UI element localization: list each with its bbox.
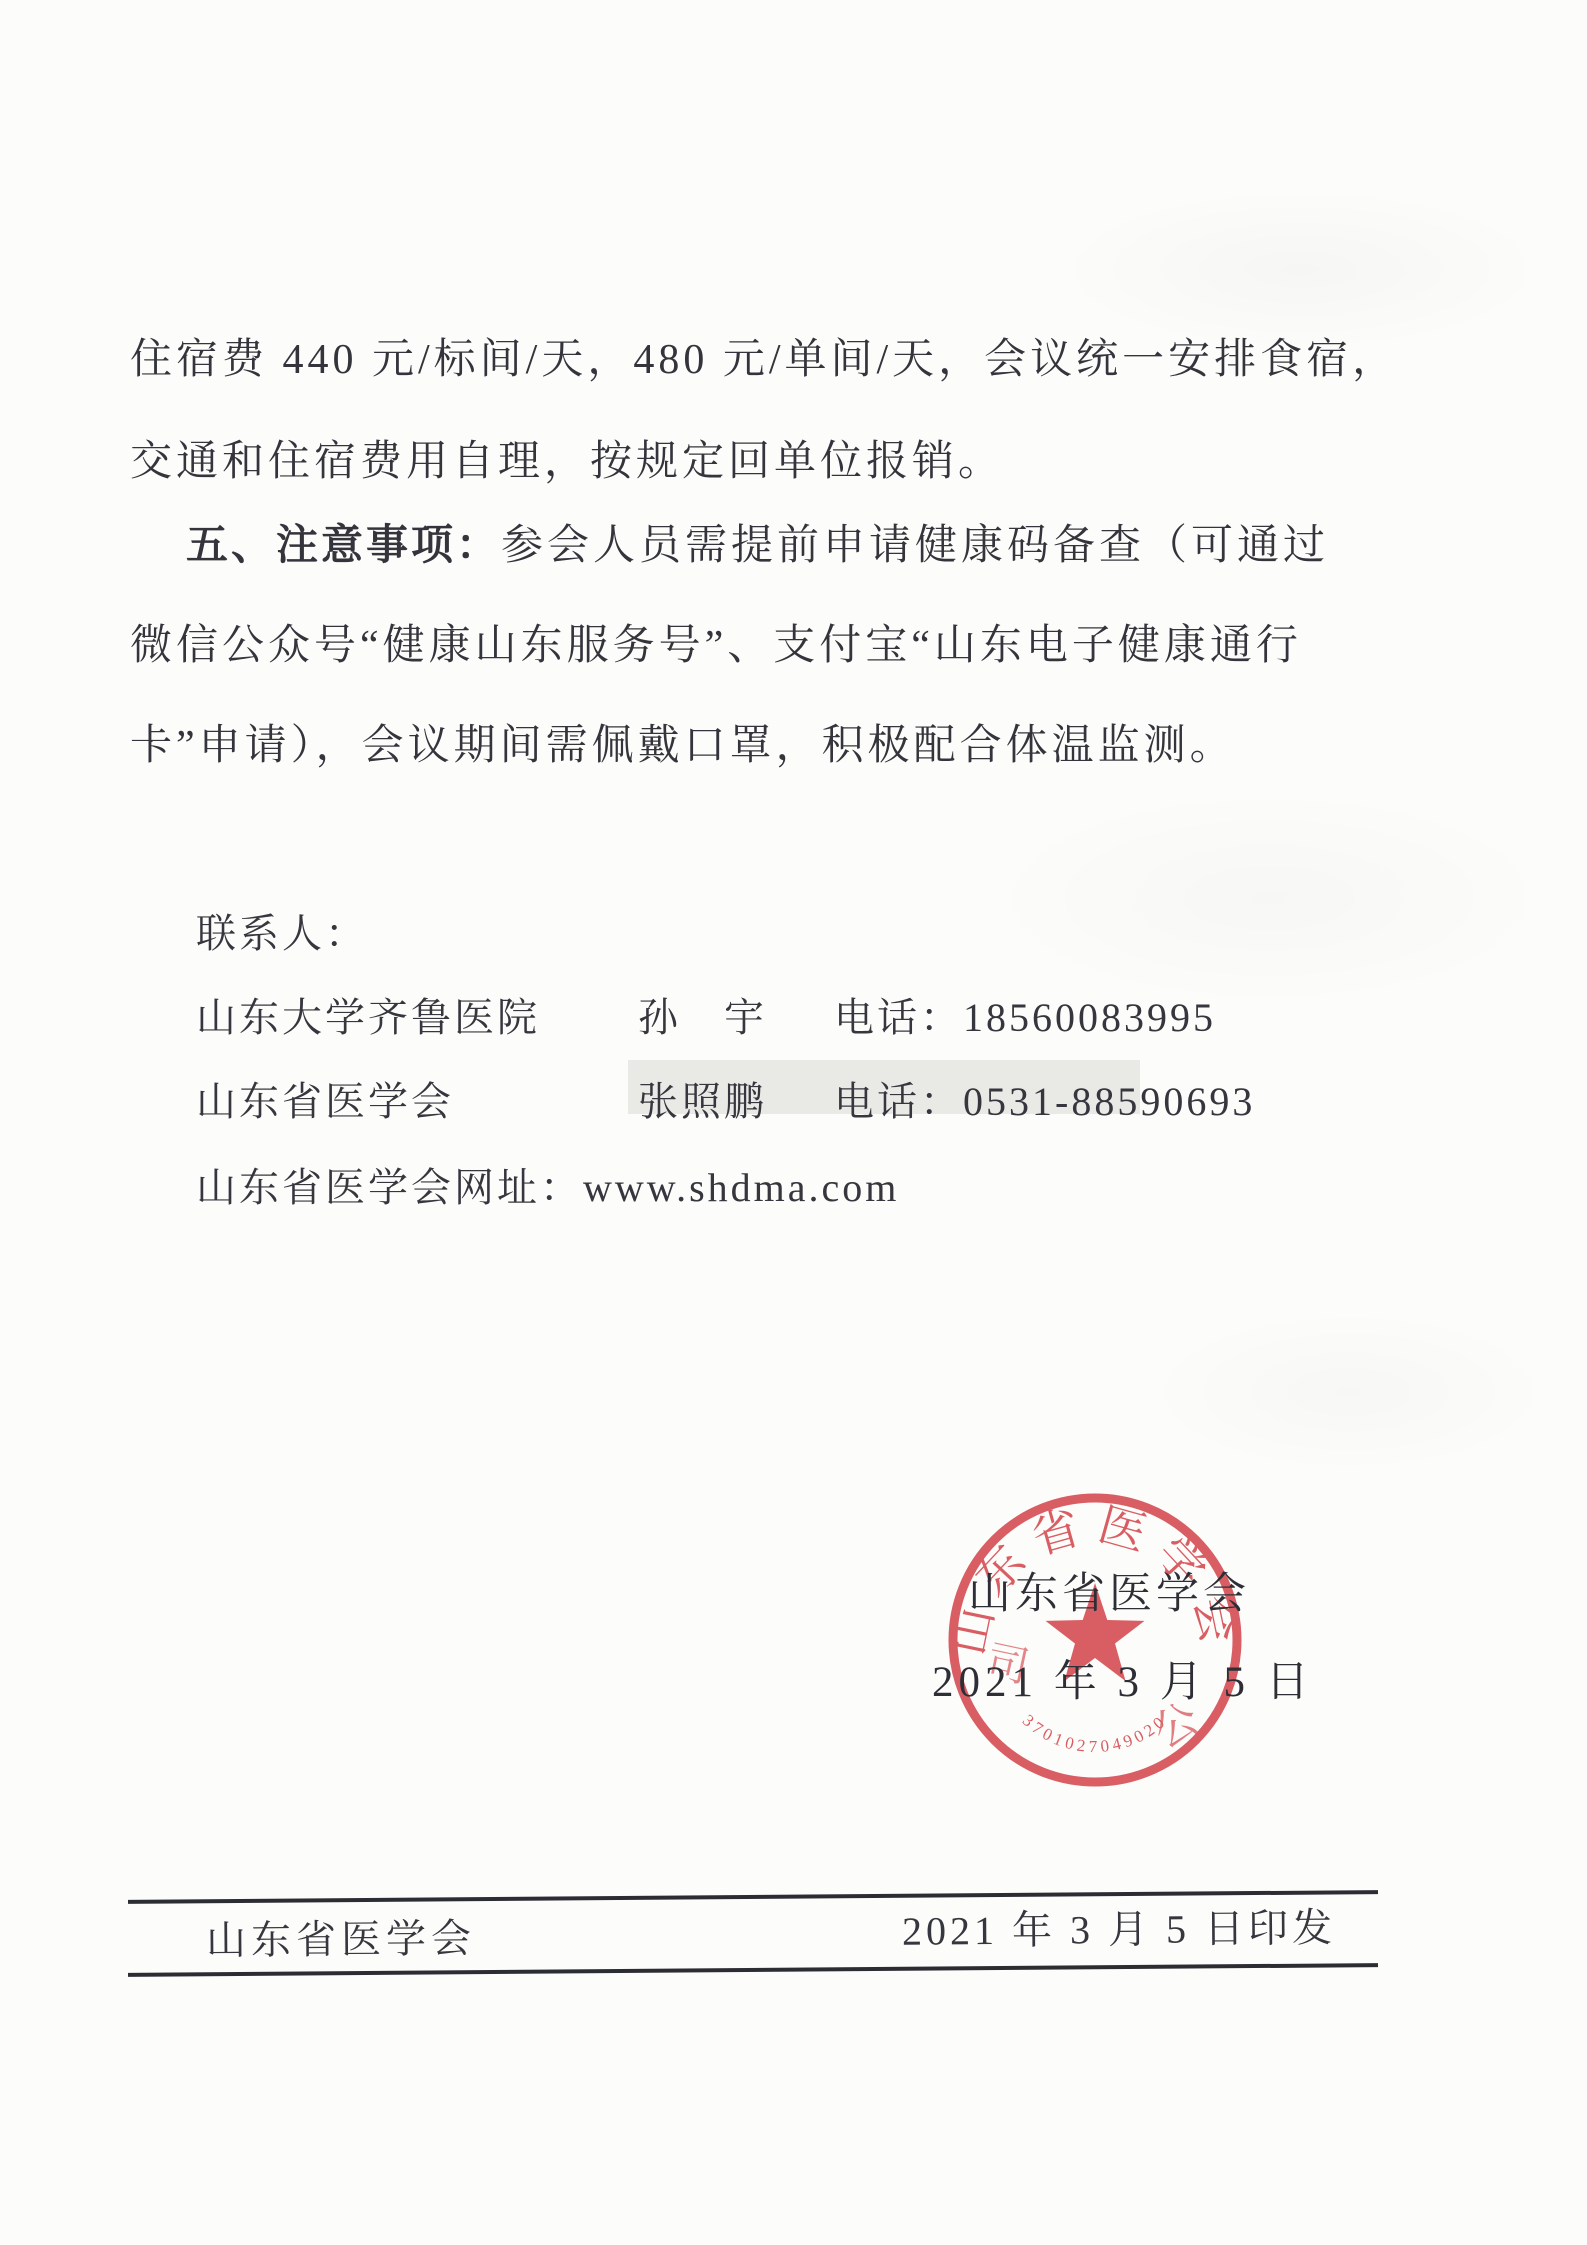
contact-phone-label: 电话： <box>834 1079 963 1124</box>
notes-heading: 五、注意事项： <box>186 523 501 569</box>
notes-line1-rest: 参会人员需提前申请健康码备查（可通过 <box>501 523 1329 569</box>
contact-row-medical-association: 山东省医学会张照鹏电话：0531-88590693 <box>196 1070 1255 1127</box>
contact-org: 山东省医学会 <box>196 1070 638 1127</box>
signature-org: 山东省医学会 <box>968 1560 1250 1621</box>
paragraph-notes-line1: 五、注意事项：参会人员需提前申请健康码备查（可通过 <box>186 512 1329 572</box>
website-url: www.shdma.com <box>583 1165 899 1210</box>
contact-label: 联系人： <box>196 902 368 959</box>
contact-name: 孙 宇 <box>638 986 834 1043</box>
contact-name: 张照鹏 <box>638 1070 834 1127</box>
website-label: 山东省医学会网址： <box>196 1165 583 1210</box>
paragraph-notes-line3: 卡”申请），会议期间需佩戴口罩，积极配合体温监测。 <box>130 712 1236 772</box>
contact-row-qilu-hospital: 山东大学齐鲁医院孙 宇电话：18560083995 <box>196 986 1216 1043</box>
website-row: 山东省医学会网址：www.shdma.com <box>196 1156 899 1213</box>
contact-phone-label: 电话： <box>834 995 963 1040</box>
scanned-notice-page: 住宿费 440 元/标间/天，480 元/单间/天，会议统一安排食宿， 交通和住… <box>0 0 1587 2245</box>
paragraph-lodging-line1: 住宿费 440 元/标间/天，480 元/单间/天，会议统一安排食宿， <box>130 326 1398 386</box>
contact-phone: 0531-88590693 <box>963 1079 1255 1124</box>
contact-org: 山东大学齐鲁医院 <box>196 986 638 1043</box>
paragraph-lodging-line2: 交通和住宿费用自理，按规定回单位报销。 <box>130 428 1004 488</box>
contact-phone: 18560083995 <box>963 995 1216 1040</box>
seal-graphic: 山东省医学会 3701027049020 司 公 <box>942 1487 1248 1793</box>
official-seal: 山东省医学会 3701027049020 司 公 <box>942 1487 1248 1793</box>
paragraph-notes-line2: 微信公众号“健康山东服务号”、支付宝“山东电子健康通行 <box>130 612 1302 672</box>
footer-print-date: 2021 年 3 月 5 日印发 <box>902 1896 1336 1956</box>
footer-issuer: 山东省医学会 <box>206 1907 476 1966</box>
signature-date: 2021 年 3 月 5 日 <box>932 1648 1314 1709</box>
